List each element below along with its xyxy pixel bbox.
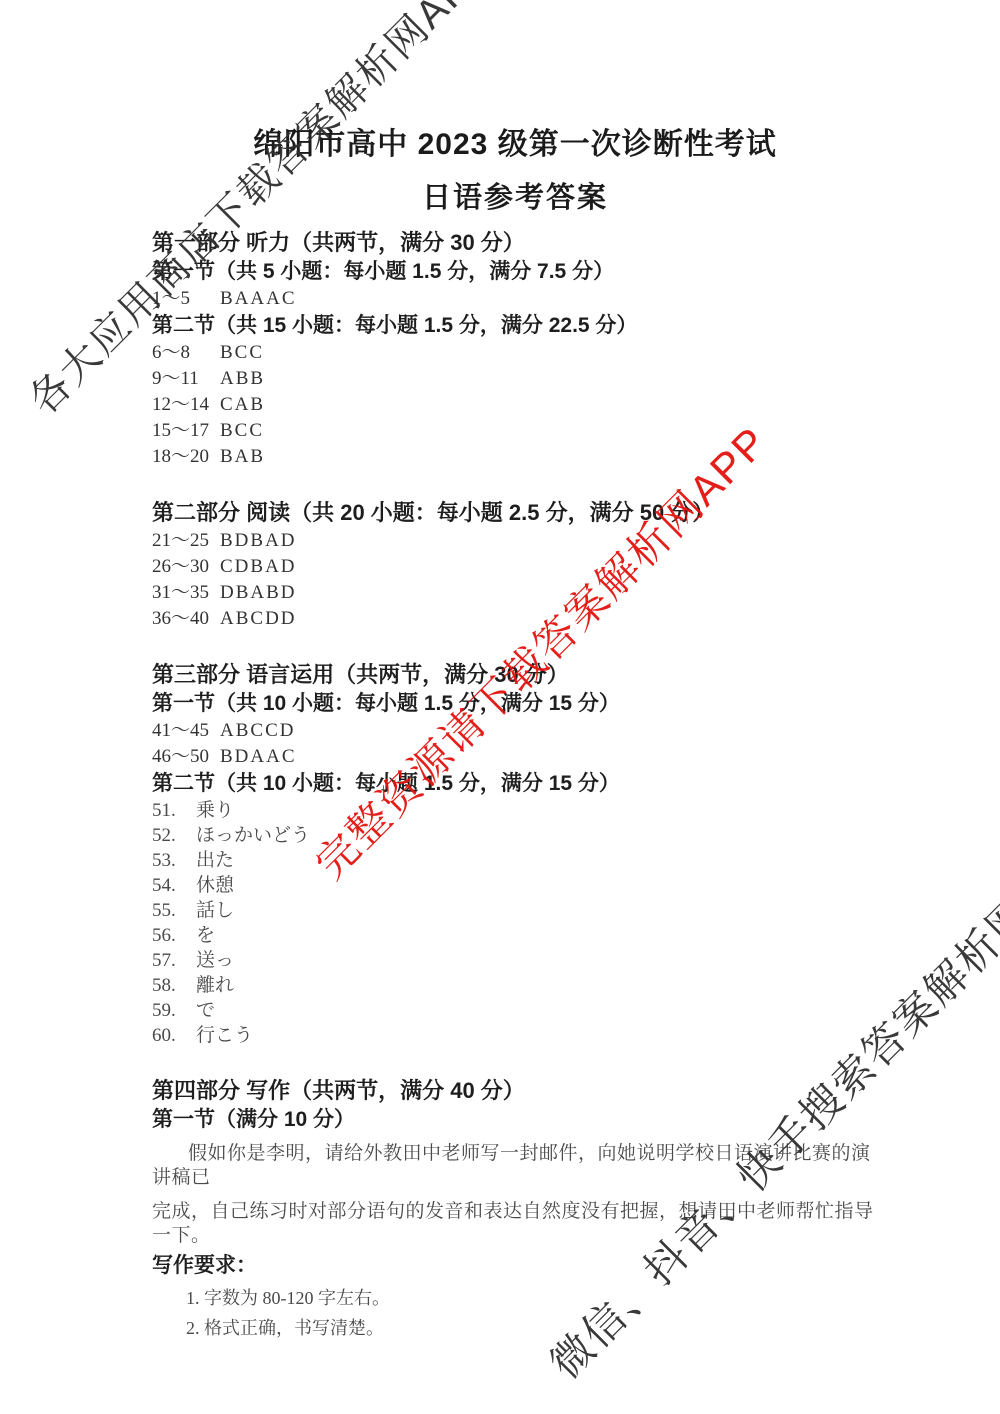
part-header: 第四部分 写作（共两节，满分 40 分） (152, 1076, 878, 1106)
answer-letters: BCC (220, 340, 264, 366)
item-text: 送っ (196, 948, 234, 973)
answer-row: 15～17BCC (152, 418, 878, 444)
item-number: 52. (152, 823, 196, 848)
item-text: 出た (196, 848, 234, 873)
answer-letters: BAAAC (220, 286, 297, 312)
numbered-item: 58.離れ (152, 973, 878, 998)
answer-row: 26～30CDBAD (152, 554, 878, 580)
item-text: 休憩 (196, 873, 234, 898)
item-number: 56. (152, 923, 196, 948)
exam-title: 绵阳市高中 2023 级第一次诊断性考试 (152, 126, 878, 164)
item-text: を (196, 923, 215, 948)
numbered-item: 54.休憩 (152, 873, 878, 898)
numbered-item: 53.出た (152, 848, 878, 873)
writing-requirements-label: 写作要求： (152, 1252, 878, 1280)
answer-row: 46～50BDAAC (152, 744, 878, 770)
item-number: 51. (152, 798, 196, 823)
answer-letters: BDBAD (220, 528, 297, 554)
answer-letters: BDAAC (220, 744, 297, 770)
answer-range: 21～25 (152, 528, 220, 554)
answer-row: 41～45ABCCD (152, 718, 878, 744)
answer-row: 21～25BDBAD (152, 528, 878, 554)
paragraph-line: 完成，自己练习时对部分语句的发音和表达自然度没有把握，想请田中老师帮忙指导一下。 (152, 1200, 878, 1248)
section-header: 第一节（共 10 小题：每小题 1.5 分，满分 15 分） (152, 690, 878, 718)
item-number: 60. (152, 1023, 196, 1048)
answer-range: 9～11 (152, 366, 220, 392)
item-number: 58. (152, 973, 196, 998)
item-number: 55. (152, 898, 196, 923)
item-text: 乗り (196, 798, 234, 823)
answer-letters: ABCCD (220, 718, 295, 744)
answer-range: 46～50 (152, 744, 220, 770)
numbered-item: 59.で (152, 998, 878, 1023)
answer-range: 12～14 (152, 392, 220, 418)
section-header: 第一节（满分 10 分） (152, 1106, 878, 1134)
answer-letters: BCC (220, 418, 264, 444)
item-text: 行こう (196, 1023, 253, 1048)
answer-range: 26～30 (152, 554, 220, 580)
part-header: 第三部分 语言运用（共两节，满分 30 分） (152, 660, 878, 690)
answer-range: 15～17 (152, 418, 220, 444)
item-number: 53. (152, 848, 196, 873)
answer-row: 6～8BCC (152, 340, 878, 366)
answer-row: 18～20BAB (152, 444, 878, 470)
answer-key-document: 绵阳市高中 2023 级第一次诊断性考试 日语参考答案 第一部分 听力（共两节，… (152, 126, 878, 1340)
requirement-item: 2. 格式正确，书写清楚。 (152, 1316, 878, 1340)
answer-letters: BAB (220, 444, 265, 470)
answer-key-subtitle: 日语参考答案 (152, 180, 878, 216)
answer-range: 6～8 (152, 340, 220, 366)
numbered-item: 52.ほっかいどう (152, 823, 878, 848)
answer-row: 9～11ABB (152, 366, 878, 392)
numbered-item: 60.行こう (152, 1023, 878, 1048)
answer-letters: DBABD (220, 580, 297, 606)
numbered-item: 55.話し (152, 898, 878, 923)
numbered-item: 51.乗り (152, 798, 878, 823)
answer-range: 1～5 (152, 286, 220, 312)
requirement-item: 1. 字数为 80-120 字左右。 (152, 1286, 878, 1310)
answer-letters: CAB (220, 392, 265, 418)
answer-range: 41～45 (152, 718, 220, 744)
page: { "document": { "title": "绵阳市高中 2023 级第一… (0, 0, 1000, 1414)
answer-range: 31～35 (152, 580, 220, 606)
part-header: 第一部分 听力（共两节，满分 30 分） (152, 228, 878, 258)
answer-letters: ABCDD (220, 606, 297, 632)
item-number: 54. (152, 873, 196, 898)
section-header: 第二节（共 10 小题：每小题 1.5 分，满分 15 分） (152, 770, 878, 798)
answer-range: 36～40 (152, 606, 220, 632)
answer-range: 18～20 (152, 444, 220, 470)
answer-letters: CDBAD (220, 554, 297, 580)
numbered-item: 56.を (152, 923, 878, 948)
section-header: 第一节（共 5 小题：每小题 1.5 分，满分 7.5 分） (152, 258, 878, 286)
answer-row: 12～14CAB (152, 392, 878, 418)
section-header: 第二节（共 15 小题：每小题 1.5 分，满分 22.5 分） (152, 312, 878, 340)
numbered-item: 57.送っ (152, 948, 878, 973)
answer-row: 36～40ABCDD (152, 606, 878, 632)
answer-row: 31～35DBABD (152, 580, 878, 606)
item-number: 57. (152, 948, 196, 973)
item-text: 話し (196, 898, 234, 923)
item-text: で (196, 998, 215, 1023)
part-header: 第二部分 阅读（共 20 小题：每小题 2.5 分，满分 50 分） (152, 498, 878, 528)
document-body: 第一部分 听力（共两节，满分 30 分）第一节（共 5 小题：每小题 1.5 分… (152, 228, 878, 1340)
answer-row: 1～5BAAAC (152, 286, 878, 312)
paragraph-line: 假如你是李明，请给外教田中老师写一封邮件，向她说明学校日语演讲比赛的演讲稿已 (152, 1142, 878, 1190)
answer-letters: ABB (220, 366, 265, 392)
item-text: 離れ (196, 973, 234, 998)
item-number: 59. (152, 998, 196, 1023)
item-text: ほっかいどう (196, 823, 310, 848)
